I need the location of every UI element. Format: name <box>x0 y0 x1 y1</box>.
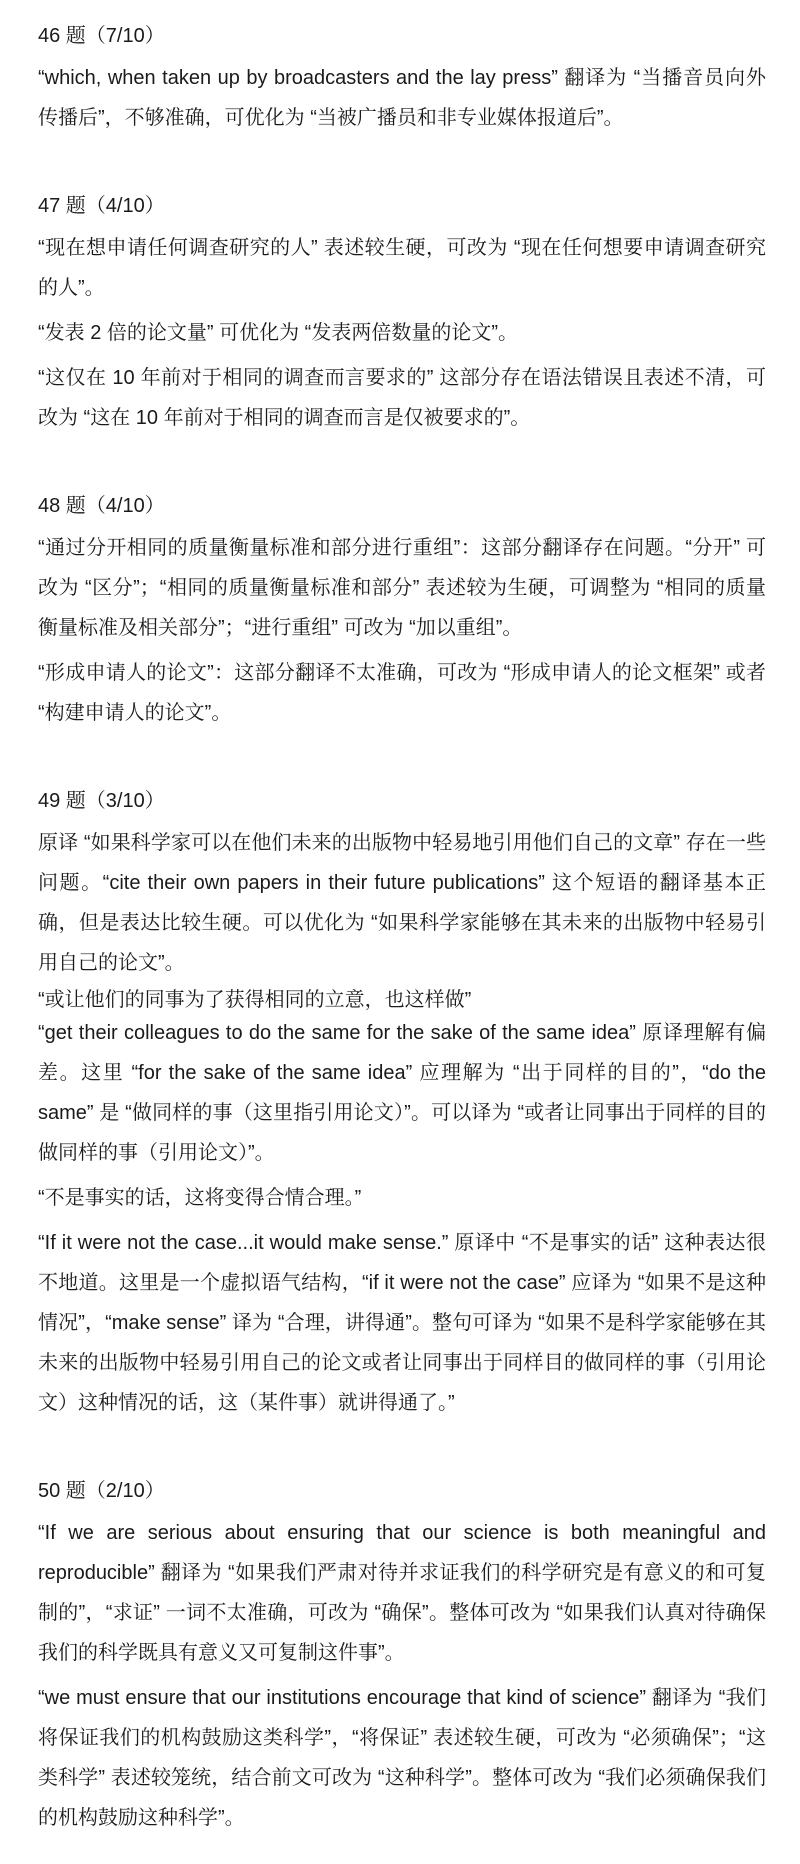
question-46-heading: 46 题（7/10） <box>38 16 766 56</box>
question-47-section: 47 题（4/10） “现在想申请任何调查研究的人” 表述较生硬，可改为 “现在… <box>38 186 766 438</box>
question-47-feedback-paragraph-2: “发表 2 倍的论文量” 可优化为 “发表两倍数量的论文”。 <box>38 313 766 353</box>
question-50-section: 50 题（2/10） “If we are serious about ensu… <box>38 1471 766 1838</box>
question-48-feedback-paragraph-2: “形成申请人的论文”：这部分翻译不太准确，可改为 “形成申请人的论文框架” 或者… <box>38 653 766 733</box>
question-50-heading: 50 题（2/10） <box>38 1471 766 1511</box>
document-page: 46 题（7/10） “which, when taken up by broa… <box>0 0 800 1838</box>
question-49-feedback-paragraph-2: “或让他们的同事为了获得相同的立意，也这样做” “get their colle… <box>38 988 766 1173</box>
question-47-heading: 47 题（4/10） <box>38 186 766 226</box>
question-49-heading: 49 题（3/10） <box>38 781 766 821</box>
question-49-section: 49 题（3/10） 原译 “如果科学家可以在他们未来的出版物中轻易地引用他们自… <box>38 781 766 1423</box>
question-48-heading: 48 题（4/10） <box>38 486 766 526</box>
question-49-feedback-paragraph-1: 原译 “如果科学家可以在他们未来的出版物中轻易地引用他们自己的文章” 存在一些问… <box>38 823 766 983</box>
question-48-section: 48 题（4/10） “通过分开相同的质量衡量标准和部分进行重组”：这部分翻译存… <box>38 486 766 733</box>
question-50-feedback-paragraph-2: “we must ensure that our institutions en… <box>38 1678 766 1838</box>
question-46-section: 46 题（7/10） “which, when taken up by broa… <box>38 16 766 138</box>
question-47-feedback-paragraph-1: “现在想申请任何调查研究的人” 表述较生硬，可改为 “现在任何想要申请调查研究的… <box>38 228 766 308</box>
quoted-source-line: “或让他们的同事为了获得相同的立意，也这样做” <box>38 988 766 1013</box>
question-49-feedback-paragraph-4: “If it were not the case...it would make… <box>38 1223 766 1423</box>
question-47-feedback-paragraph-3: “这仅在 10 年前对于相同的调查而言要求的” 这部分存在语法错误且表述不清，可… <box>38 358 766 438</box>
question-50-feedback-paragraph-1: “If we are serious about ensuring that o… <box>38 1513 766 1673</box>
feedback-text: “get their colleagues to do the same for… <box>38 1013 766 1173</box>
question-46-feedback-paragraph-1: “which, when taken up by broadcasters an… <box>38 58 766 138</box>
question-49-feedback-paragraph-3: “不是事实的话，这将变得合情合理。” <box>38 1178 766 1218</box>
question-48-feedback-paragraph-1: “通过分开相同的质量衡量标准和部分进行重组”：这部分翻译存在问题。“分开” 可改… <box>38 528 766 648</box>
